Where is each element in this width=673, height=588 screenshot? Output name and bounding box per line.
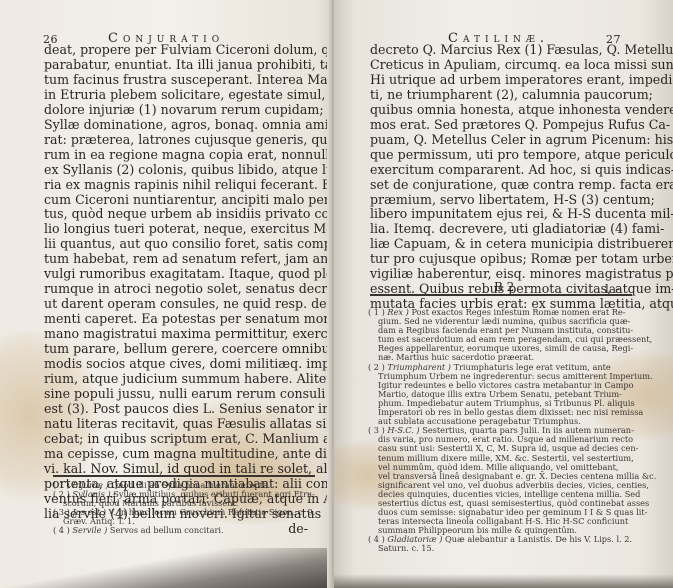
signature-mark: B 2	[494, 280, 514, 294]
footnote-text: V. in hunc locum Grucchium Refutatio Sig…	[109, 507, 316, 517]
footnote-text: Saturn. c. 15.	[378, 543, 434, 553]
body-line: modis socios atque cives, domi militiæq.…	[44, 357, 308, 372]
body-line: liæ Capuam, & in cetera municipia distri…	[370, 237, 632, 252]
body-line: dolore injuriæ (1) novarum rerum cupidam…	[44, 103, 308, 118]
body-line: cum Ciceroni nuntiarentur, ancipiti malo…	[44, 193, 308, 208]
body-line: menti caperet. Ea potestas per senatum m…	[44, 312, 308, 327]
page-bottom-shadow	[334, 574, 673, 588]
body-line: tus, quòd neque urbem ab insidiis privat…	[44, 207, 308, 222]
body-line: Creticus in Apuliam, circumq. ea loca mi…	[370, 58, 632, 73]
left-page: 26 Conjuratio deat, propere per Fulviam …	[0, 0, 334, 588]
body-line: in Etruria plebem solicitare, egestate s…	[44, 88, 308, 103]
footnote-line: ( 4 ) Servile ) Servos ad bellum concita…	[53, 526, 323, 535]
body-line: rumque in atroci negotio solet, senatus …	[44, 282, 308, 297]
body-line: præmium, servo libertatem, H-S (3) centu…	[370, 193, 632, 208]
body-line: parabatur, enuntiat. Ita illi janua proh…	[44, 58, 308, 73]
footnote-marker: ( 4 )	[53, 525, 72, 535]
body-line: que permissum, uti pro tempore, atque pe…	[370, 148, 632, 163]
left-footnotes: ( 1 ) Injuriæ ) Quòd illi ab Sylla bona …	[53, 481, 323, 536]
footnote-rule-right	[370, 294, 632, 296]
footnote-keyword: Servile )	[72, 525, 109, 535]
body-line: ma cepisse, cum magna multitudine, ante …	[44, 447, 308, 462]
body-line: est (3). Post paucos dies L. Senius sena…	[44, 402, 308, 417]
body-line: quibus omnia honesta, atque inhonesta ve…	[370, 103, 632, 118]
body-line: tum habebat, rem ad senatum refert, jam …	[44, 252, 308, 267]
body-line: lii quantus, aut quo consilio foret, sat…	[44, 237, 308, 252]
footnote-text: Quæ alebantur a Lanistis. De his V. Lips…	[445, 534, 632, 544]
body-line: Hi utrique ad urbem imperatores erant, i…	[370, 73, 632, 88]
footnote-line: Saturn. c. 15.	[368, 544, 636, 553]
body-line: ti, ne triumpharent (2), calumnia paucor…	[370, 88, 632, 103]
body-line: tur pro cujusque opibus; Romæ per totam …	[370, 252, 632, 267]
body-line: rum in ea regione magna copia erat, nonn…	[44, 148, 308, 163]
body-line: ut darent operam consules, ne quid resp.…	[44, 297, 308, 312]
body-line: puam, Q. Metellus Celer in agrum Picenum…	[370, 133, 632, 148]
body-line: sine populi jussu, nulli earum rerum con…	[44, 387, 308, 402]
body-line: cebat; in quibus scriptum erat, C. Manli…	[44, 432, 308, 447]
footnote-rule-left	[53, 475, 315, 477]
footnote-text: Servos ad bellum concitari.	[110, 525, 224, 535]
body-line: deat, propere per Fulviam Ciceroni dolum…	[44, 43, 308, 58]
body-line: exercitum compararent. Ad hoc, si quis i…	[370, 163, 632, 178]
body-line: mano magistratui maxima permittitur, exe…	[44, 327, 308, 342]
body-line: rium, atque judicium summum habere. Alit…	[44, 372, 308, 387]
body-line: Syllæ dominatione, agros, bonaq. omnia a…	[44, 118, 308, 133]
body-line: libero impunitatem ejus rei, & H-S ducen…	[370, 207, 632, 222]
left-body-text: deat, propere per Fulviam Ciceroni dolum…	[44, 43, 308, 536]
body-line: lio longius tueri poterat, neque, exerci…	[44, 222, 308, 237]
right-page: Catilinæ. 27 decreto Q. Marcius Rex (1) …	[334, 0, 673, 588]
body-line: tum parare, bellum gerere, coercere omni…	[44, 342, 308, 357]
body-line: tum facinus frustra susceperant. Interea…	[44, 73, 308, 88]
body-line: mos erat. Sed prætores Q. Pompejus Rufus…	[370, 118, 632, 133]
body-line: natu literas recitavit, quas Fæsulis all…	[44, 417, 308, 432]
body-line: set de conjuratione, quæ contra remp. fa…	[370, 178, 632, 193]
body-line: ria ex magnis rapinis nihil reliqui fece…	[44, 178, 308, 193]
body-line: ex Syllanis (2) colonis, quibus libido, …	[44, 163, 308, 178]
body-line: rat: præterea, latrones cujusque generis…	[44, 133, 308, 148]
right-body-text: decreto Q. Marcius Rex (1) Fæsulas, Q. M…	[370, 43, 632, 312]
page-curl-shadow	[0, 548, 334, 588]
body-line: decreto Q. Marcius Rex (1) Fæsulas, Q. M…	[370, 43, 632, 58]
body-line: vulgi rumoribus exagitatam. Itaque, quod…	[44, 267, 308, 282]
right-footnotes: ( 1 ) Rex ) Post exactos Reges infestum …	[368, 308, 636, 554]
body-line: lia. Itemq. decrevere, uti gladiatoriæ (…	[370, 222, 632, 237]
